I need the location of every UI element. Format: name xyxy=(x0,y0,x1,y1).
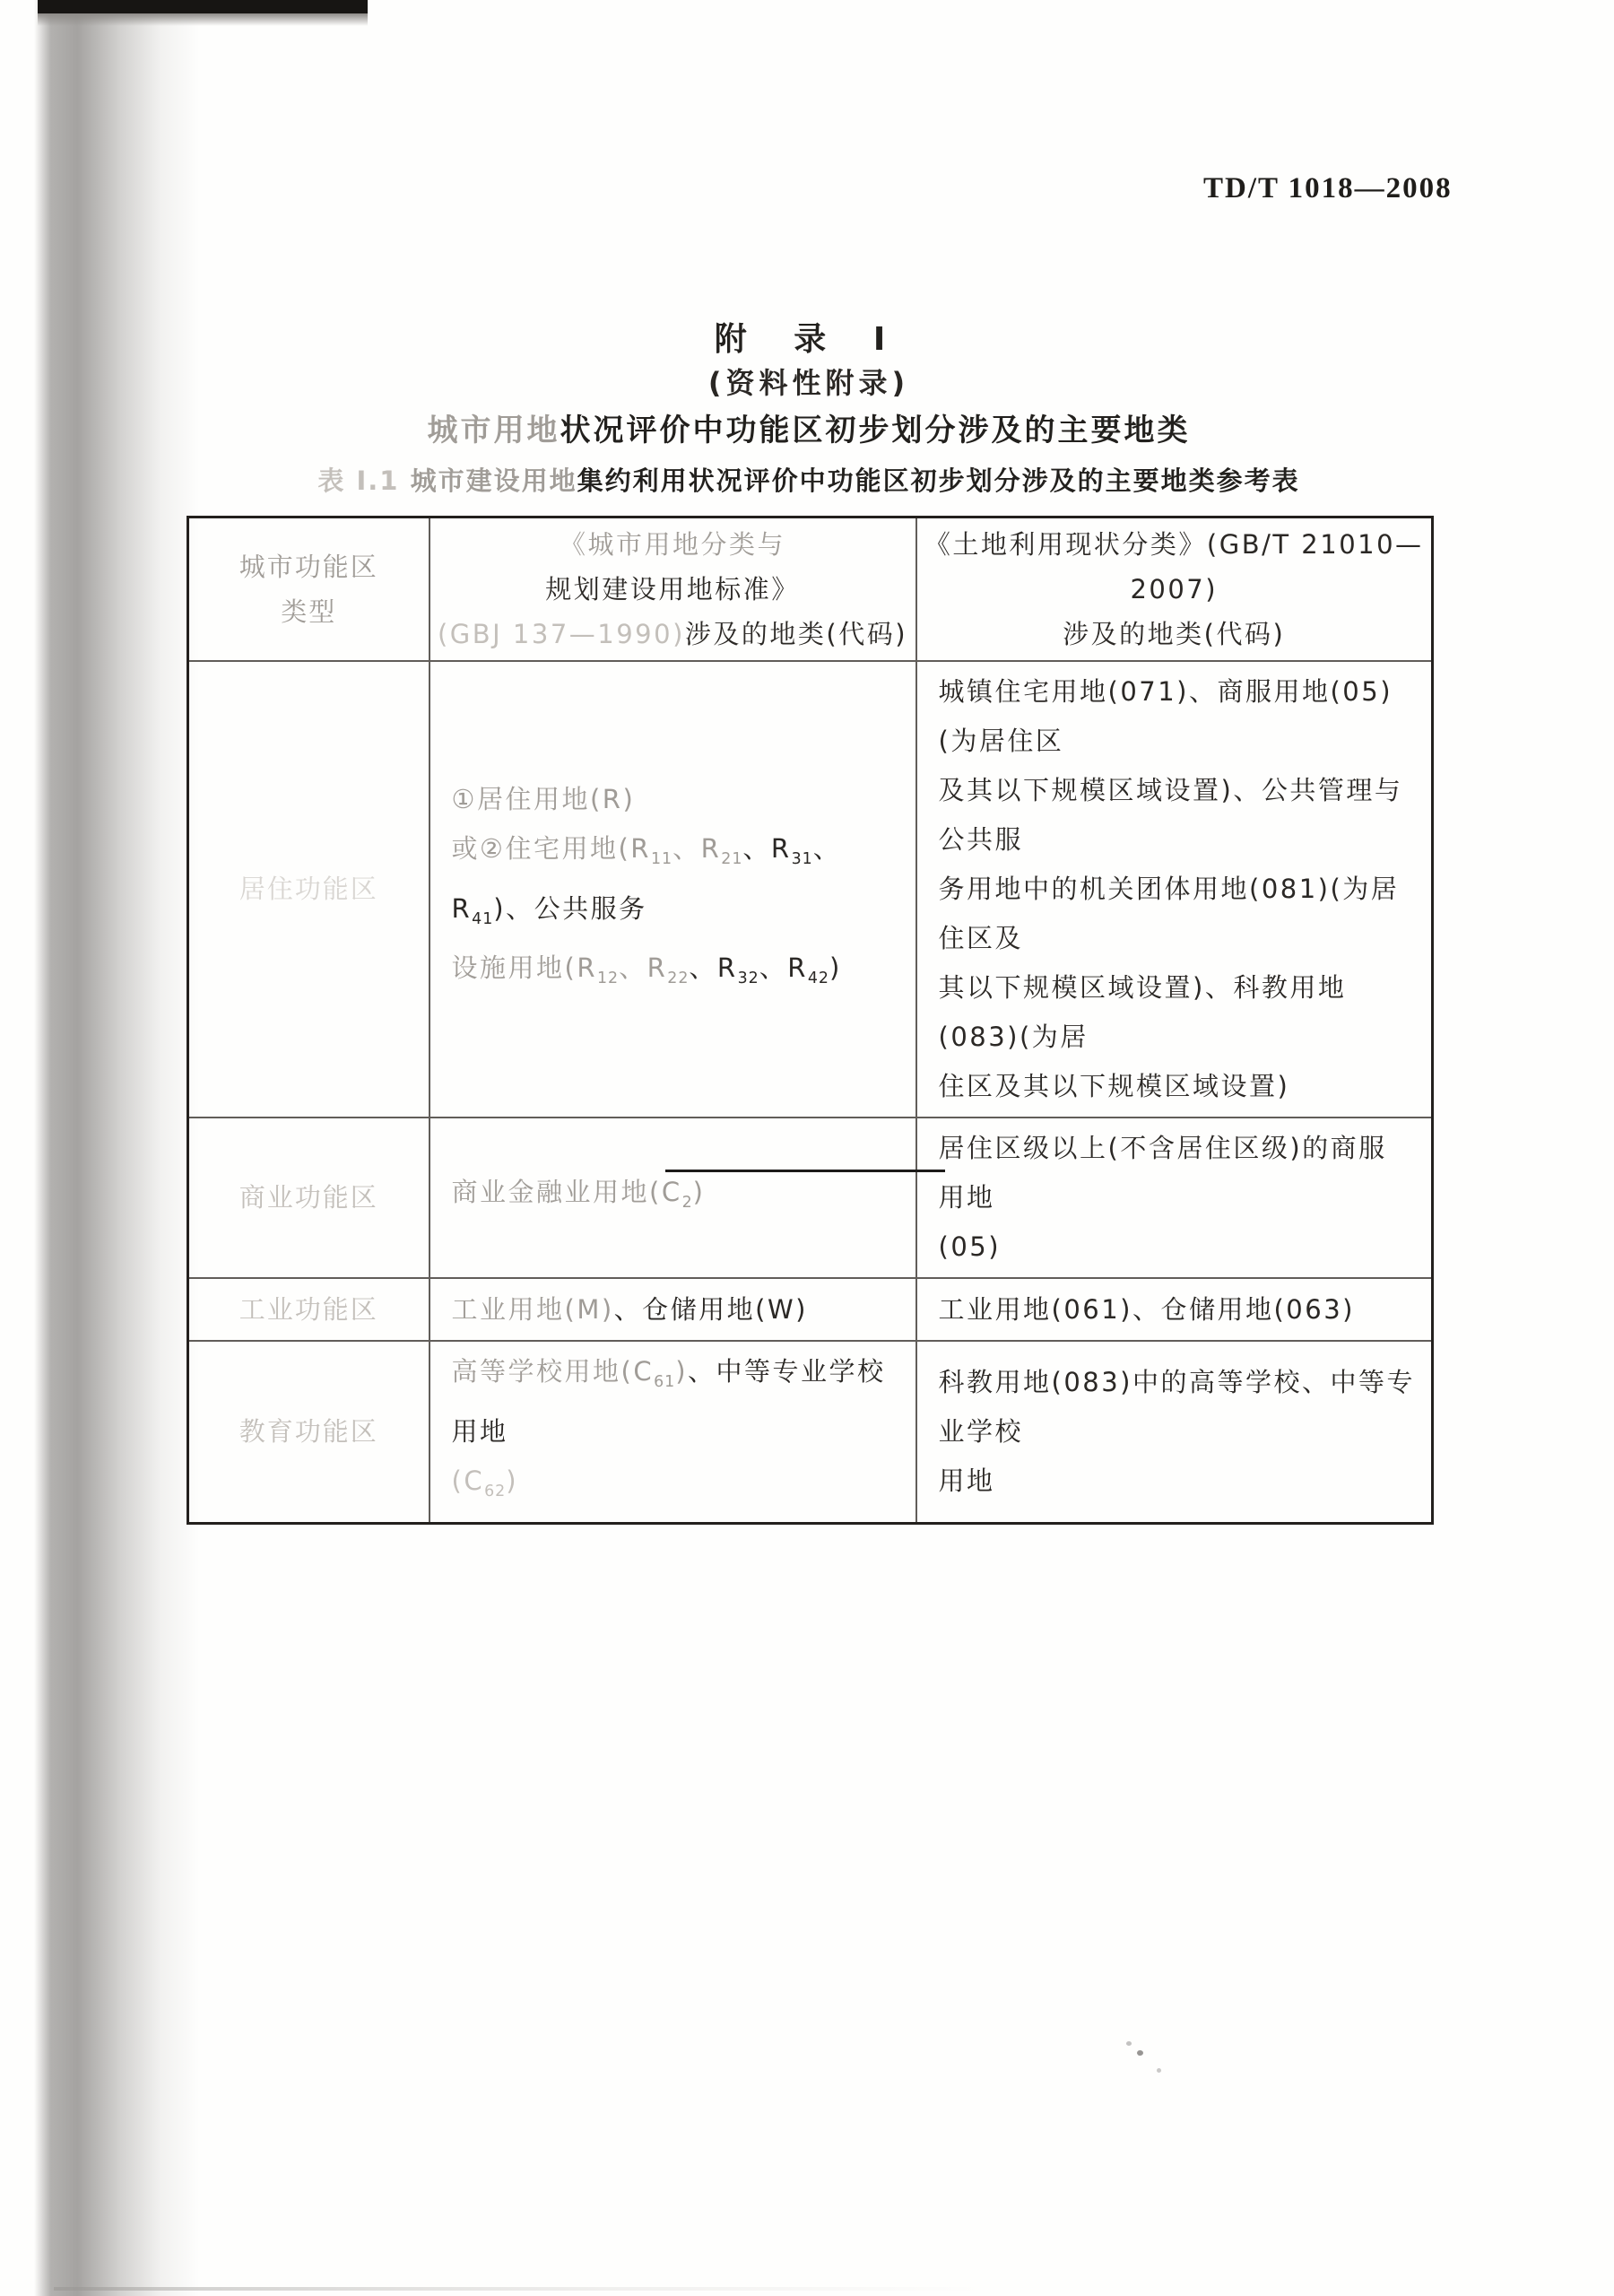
scan-speck xyxy=(1157,2068,1161,2073)
cell-gbt: 工业用地(061)、仓储用地(063) xyxy=(916,1278,1433,1341)
cell-zone: 工业功能区 xyxy=(188,1278,430,1341)
end-of-section-rule xyxy=(665,1170,945,1172)
table-row-education: 教育功能区 高等学校用地(C61)、中等专业学校用地(C62) 科教用地(083… xyxy=(188,1341,1433,1523)
cell-gbt: 城镇住宅用地(071)、商服用地(05)(为居住区及其以下规模区域设置)、公共管… xyxy=(916,661,1433,1118)
cell-gbj: 工业用地(M)、仓储用地(W) xyxy=(430,1278,916,1341)
standard-code: TD/T 1018—2008 xyxy=(1203,172,1453,205)
scan-bottom-streak xyxy=(54,2287,986,2291)
scanned-standard-page: TD/T 1018—2008 附 录 I (资料性附录) 城市用地状况评价中功能… xyxy=(0,0,1614,2296)
table-header-row: 城市功能区类型 《城市用地分类与规划建设用地标准》(GBJ 137—1990)涉… xyxy=(188,517,1433,662)
cell-zone: 居住功能区 xyxy=(188,661,430,1118)
header-gbt-standard: 《土地利用现状分类》(GB/T 21010—2007)涉及的地类(代码) xyxy=(916,517,1433,662)
land-type-reference-table: 城市功能区类型 《城市用地分类与规划建设用地标准》(GBJ 137—1990)涉… xyxy=(187,516,1434,1525)
table-row-residential: 居住功能区 ①居住用地(R)或②住宅用地(R11、R21、R31、R41)、公共… xyxy=(188,661,1433,1118)
scan-speck xyxy=(1126,2041,1132,2046)
cell-gbt: 居住区级以上(不含居住区级)的商服用地(05) xyxy=(916,1118,1433,1278)
appendix-title: 附 录 I xyxy=(187,314,1431,360)
cell-zone: 教育功能区 xyxy=(188,1341,430,1523)
scan-speck xyxy=(1137,2050,1143,2056)
binding-shadow xyxy=(34,0,200,2296)
header-gbj-standard: 《城市用地分类与规划建设用地标准》(GBJ 137—1990)涉及的地类(代码) xyxy=(430,517,916,662)
header-zone-type: 城市功能区类型 xyxy=(188,517,430,662)
scan-edge-bar-fade xyxy=(38,13,368,26)
table-row-industrial: 工业功能区 工业用地(M)、仓储用地(W) 工业用地(061)、仓储用地(063… xyxy=(188,1278,1433,1341)
cell-gbj: ①居住用地(R)或②住宅用地(R11、R21、R31、R41)、公共服务设施用地… xyxy=(430,661,916,1118)
cell-gbt: 科教用地(083)中的高等学校、中等专业学校用地 xyxy=(916,1341,1433,1523)
appendix-heading: 城市用地状况评价中功能区初步划分涉及的主要地类 xyxy=(187,405,1431,449)
cell-zone: 商业功能区 xyxy=(188,1118,430,1278)
table-caption: 表 I.1 城市建设用地集约利用状况评价中功能区初步划分涉及的主要地类参考表 xyxy=(187,461,1431,498)
table-row-commercial: 商业功能区 商业金融业用地(C2) 居住区级以上(不含居住区级)的商服用地(05… xyxy=(188,1118,1433,1278)
appendix-subtitle: (资料性附录) xyxy=(187,361,1431,402)
cell-gbj: 商业金融业用地(C2) xyxy=(430,1118,916,1278)
scan-edge-bar xyxy=(38,0,368,13)
cell-gbj: 高等学校用地(C61)、中等专业学校用地(C62) xyxy=(430,1341,916,1523)
